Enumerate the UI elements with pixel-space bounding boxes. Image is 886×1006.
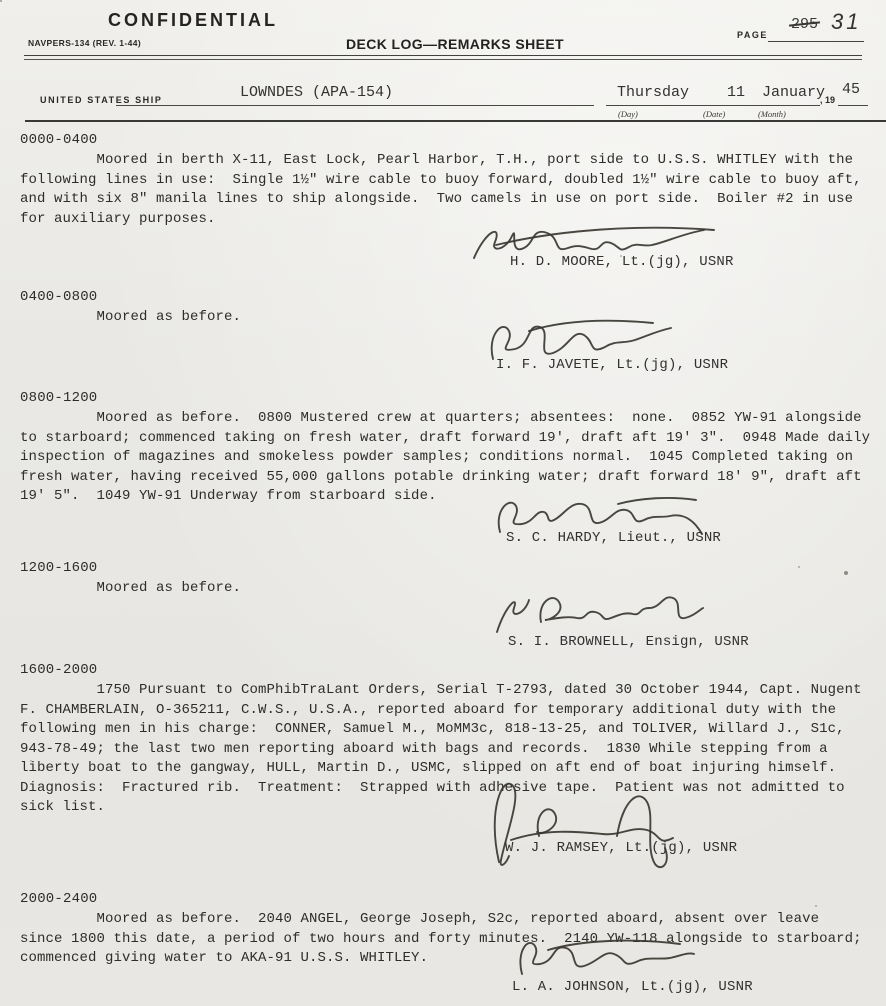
header-double-rule [24, 55, 862, 60]
signature-ramsey-typed: W. J. RAMSEY, Lt.(jg), USNR [505, 840, 737, 856]
sheet-title: DECK LOG—REMARKS SHEET [0, 36, 886, 52]
header-heavy-rule [25, 120, 886, 122]
date-year: 45 [842, 81, 860, 98]
entry-remarks-2000-2400: Moored as before. 2040 ANGEL, George Jos… [20, 910, 876, 969]
entry-time-0800-1200: 0800-1200 [20, 390, 97, 406]
date-day: Thursday [617, 84, 689, 101]
classification-stamp: CONFIDENTIAL [108, 10, 278, 31]
signature-moore-typed: H. D. MOORE, Lt.(jg), USNR [510, 254, 734, 270]
date-caption: (Date) [703, 109, 725, 119]
entry-time-2000-2400: 2000-2400 [20, 891, 97, 907]
day-caption: (Day) [618, 109, 638, 119]
ship-name: LOWNDES (APA-154) [240, 84, 393, 101]
entry-remarks-0000-0400: Moored in berth X-11, East Lock, Pearl H… [20, 151, 876, 229]
signature-hardy-typed: S. C. HARDY, Lieut., USNR [506, 530, 721, 546]
entry-remarks-1200-1600: Moored as before. [20, 579, 876, 599]
month-caption: (Month) [758, 109, 786, 119]
entry-remarks-0400-0800: Moored as before. [20, 308, 876, 328]
signature-johnson-typed: L. A. JOHNSON, Lt.(jg), USNR [512, 979, 753, 995]
entry-remarks-1600-2000: 1750 Pursuant to ComPhibTraLant Orders, … [20, 681, 876, 818]
entry-remarks-0800-1200: Moored as before. 0800 Mustered crew at … [20, 409, 876, 507]
scan-specks [0, 0, 2, 2]
entry-time-0400-0800: 0400-0800 [20, 289, 97, 305]
page-number-struck: 295 [791, 16, 818, 33]
date-number: 11 [727, 84, 745, 101]
signature-brownell-typed: S. I. BROWNELL, Ensign, USNR [508, 634, 749, 650]
signature-johnson-handwriting [512, 930, 707, 982]
date-month: January [762, 84, 825, 101]
signature-ramsey-handwriting [455, 770, 710, 872]
year-prefix: , 19 [820, 95, 835, 105]
entry-time-0000-0400: 0000-0400 [20, 132, 97, 148]
signature-javete-typed: I. F. JAVETE, Lt.(jg), USNR [496, 357, 728, 373]
signature-brownell-handwriting [493, 590, 708, 636]
page-number-handwritten: 31 [831, 9, 861, 35]
entry-time-1600-2000: 1600-2000 [20, 662, 97, 678]
entry-time-1200-1600: 1200-1600 [20, 560, 97, 576]
